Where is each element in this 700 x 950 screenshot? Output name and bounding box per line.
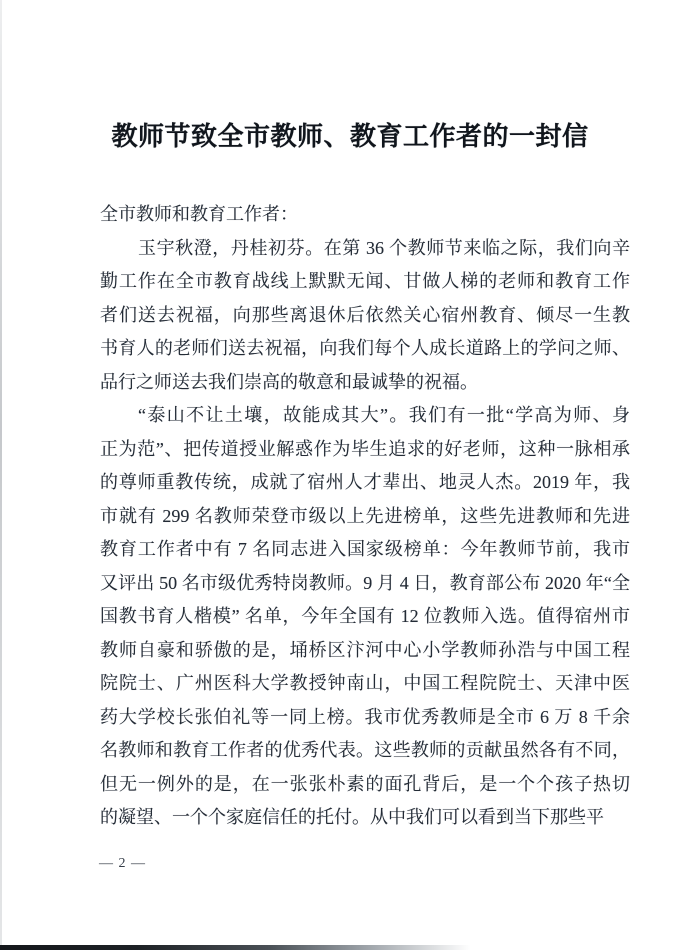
paragraph2-line: 正为范”、把传道授业解惑作为毕生追求的好老师，这种一脉相承: [100, 433, 630, 467]
paragraph2-line: 药大学校长张伯礼等一同上榜。我市优秀教师是全市 6 万 8 千余: [100, 701, 630, 735]
paragraph2-line: 市就有 299 名教师荣登市级以上先进榜单，这些先进教师和先进: [100, 500, 630, 534]
paragraph1-line: 玉宇秋澄，丹桂初芬。在第 36 个教师节来临之际，我们向辛: [100, 232, 630, 266]
paragraph2-line: 教师自豪和骄傲的是，埇桥区汴河中心小学教师孙浩与中国工程: [100, 634, 630, 668]
paragraph2-line: 名教师和教育工作者的优秀代表。这些教师的贡献虽然各有不同，: [100, 734, 630, 768]
paragraph2-line: “泰山不让土壤，故能成其大”。我们有一批“学高为师、身: [100, 399, 630, 433]
paragraph1-line: 者们送去祝福，向那些离退休后依然关心宿州教育、倾尽一生教: [100, 299, 630, 333]
paragraph2-line: 教育工作者中有 7 名同志进入国家级榜单：今年教师节前，我市: [100, 533, 630, 567]
page-number: — 2 —: [99, 856, 146, 872]
scan-edge-artifact-bottom: [0, 945, 490, 950]
paragraph2-line: 的尊师重教传统，成就了宿州人才辈出、地灵人杰。2019 年，我: [100, 466, 630, 500]
paragraph2-line: 但无一例外的是，在一张张朴素的面孔背后，是一个个孩子热切: [100, 768, 630, 802]
paragraph1-line: 品行之师送去我们崇高的敬意和最诚挚的祝福。: [100, 366, 630, 400]
salutation-line: 全市教师和教育工作者：: [100, 198, 630, 232]
paragraph1-line: 勤工作在全市教育战线上默默无闻、甘做人梯的老师和教育工作: [100, 265, 630, 299]
paragraph2-line: 又评出 50 名市级优秀特岗教师。9 月 4 日，教育部公布 2020 年“全: [100, 567, 630, 601]
letter-title: 教师节致全市教师、教育工作者的一封信: [60, 116, 640, 156]
paragraph2-line: 的凝望、一个个家庭信任的托付。从中我们可以看到当下那些平: [100, 801, 630, 835]
scanned-letter-page: 教师节致全市教师、教育工作者的一封信 全市教师和教育工作者： 玉宇秋澄，丹桂初芬…: [0, 0, 700, 950]
paragraph1-line: 书育人的老师们送去祝福，向我们每个人成长道路上的学问之师、: [100, 332, 630, 366]
paragraph2-line: 院院士、广州医科大学教授钟南山，中国工程院院士、天津中医: [100, 667, 630, 701]
scan-edge-artifact-left: [0, 0, 2, 950]
paragraph2-line: 国教书育人楷模” 名单，今年全国有 12 位教师入选。值得宿州市: [100, 600, 630, 634]
letter-body: 全市教师和教育工作者： 玉宇秋澄，丹桂初芬。在第 36 个教师节来临之际，我们向…: [100, 198, 630, 835]
